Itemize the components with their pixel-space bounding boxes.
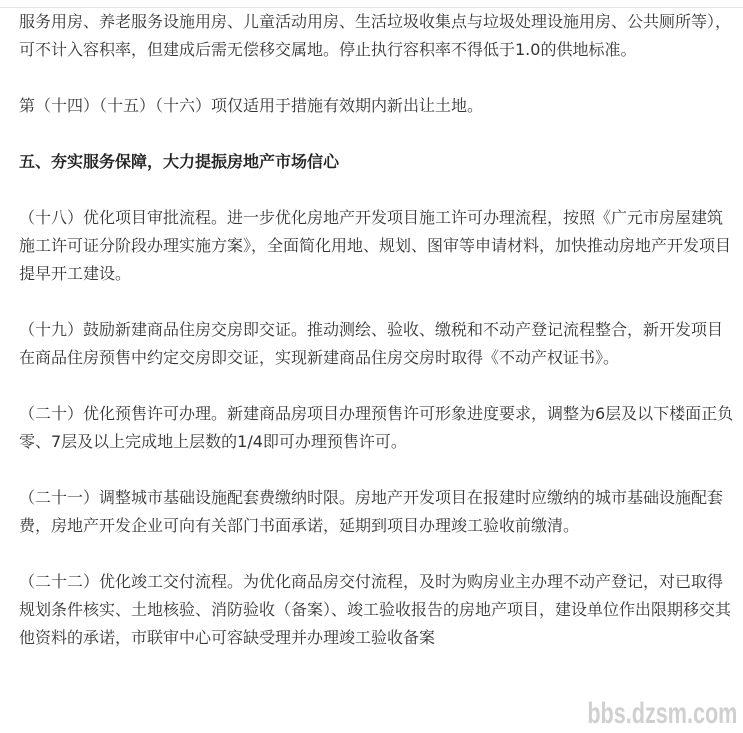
paragraph-applicability-note: 第（十四）（十五）（十六）项仅适用于措施有效期内新出让土地。 xyxy=(19,92,735,120)
paragraph-item-18: （十八）优化项目审批流程。进一步优化房地产开发项目施工许可办理流程，按照《广元市… xyxy=(19,204,735,288)
paragraph-item-19: （十九）鼓励新建商品住房交房即交证。推动测绘、验收、缴税和不动产登记流程整合，新… xyxy=(19,316,735,372)
section-heading-service-guarantee: 五、夯实服务保障，大力提振房地产市场信心 xyxy=(19,148,735,176)
site-watermark: bbs.dzsm.com xyxy=(587,697,737,731)
article-body: 服务用房、养老服务设施用房、儿童活动用房、生活垃圾收集点与垃圾处理设施用房、公共… xyxy=(19,8,735,652)
paragraph-land-supply-standard: 服务用房、养老服务设施用房、儿童活动用房、生活垃圾收集点与垃圾处理设施用房、公共… xyxy=(19,8,735,64)
paragraph-item-20: （二十）优化预售许可办理。新建商品房项目办理预售许可形象进度要求，调整为6层及以… xyxy=(19,400,735,456)
paragraph-item-22: （二十二）优化竣工交付流程。为优化商品房交付流程，及时为购房业主办理不动产登记，… xyxy=(19,568,735,652)
paragraph-item-21: （二十一）调整城市基础设施配套费缴纳时限。房地产开发项目在报建时应缴纳的城市基础… xyxy=(19,484,735,540)
